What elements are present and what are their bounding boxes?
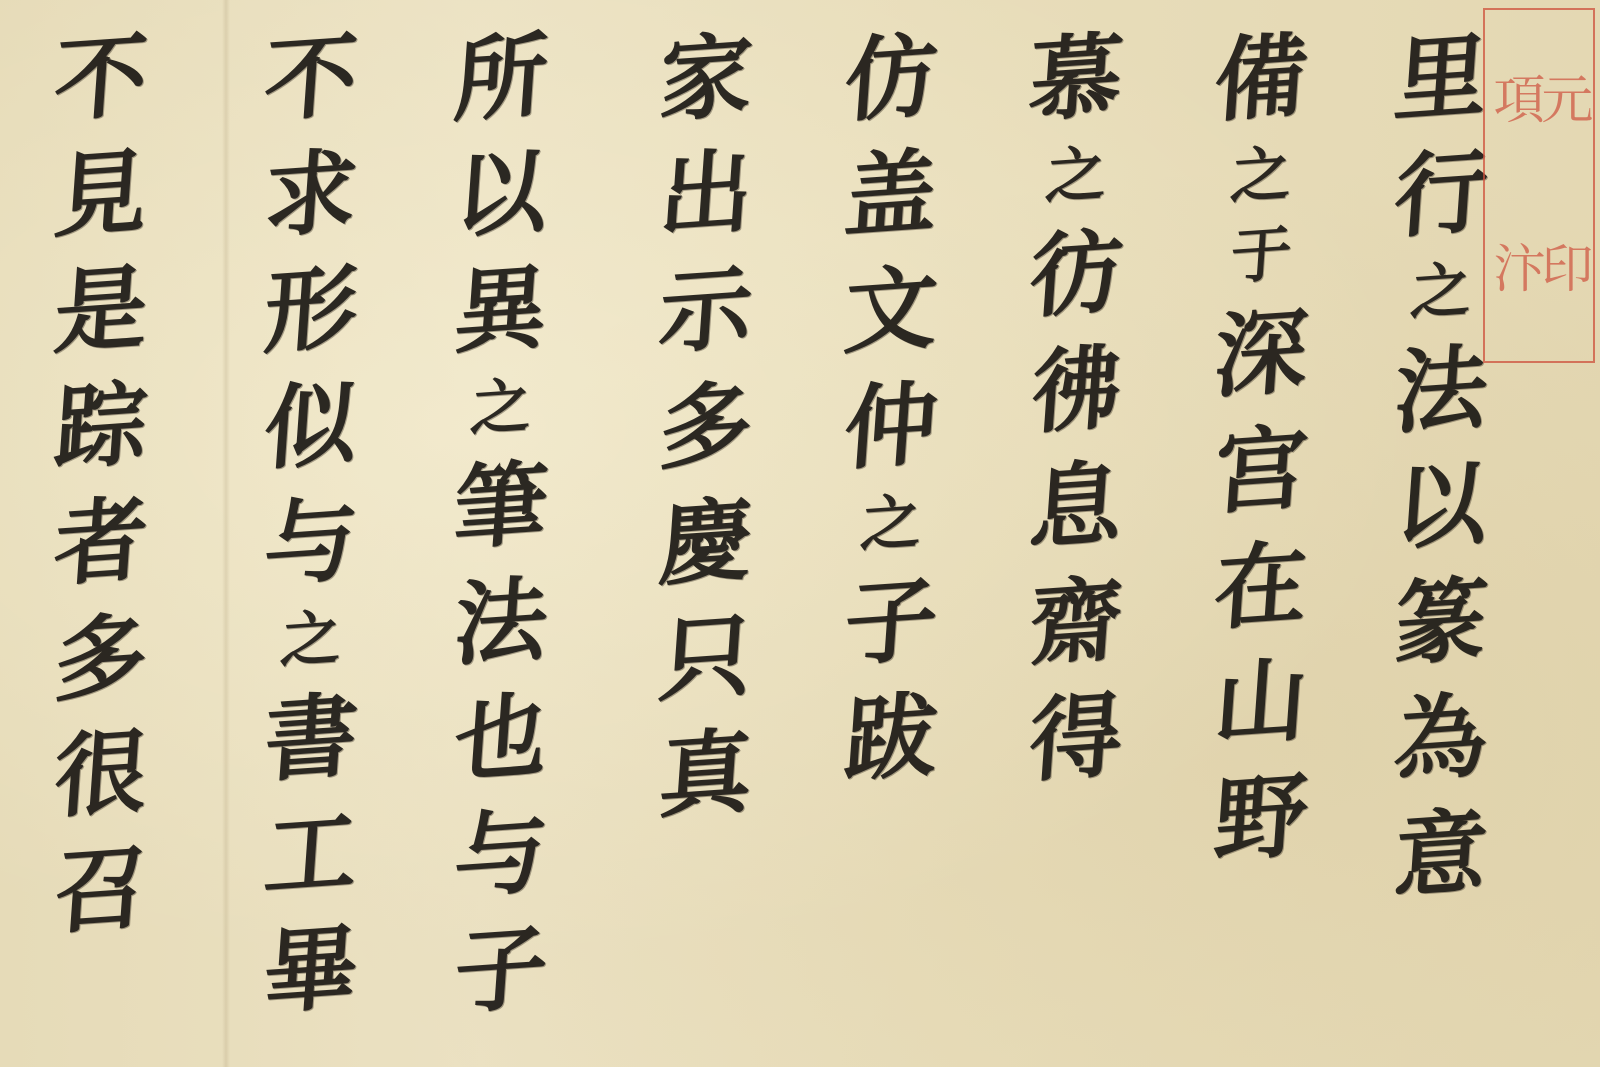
calligraphy-character: 深 (1211, 293, 1312, 415)
calligraphy-character: 与 (261, 481, 362, 603)
calligraphy-character: 意 (1391, 793, 1492, 915)
calligraphy-character: 所 (451, 17, 552, 139)
calligraphy-character: 得 (1026, 677, 1127, 799)
calligraphy-character: 里 (1391, 17, 1492, 139)
calligraphy-character: 宫 (1211, 409, 1312, 531)
paper-crease (222, 0, 230, 1067)
calligraphy-character: 子 (451, 909, 552, 1031)
calligraphy-character: 以 (451, 133, 552, 255)
calligraphy-character: 見 (51, 133, 152, 255)
calligraphy-column: 不見是踪者多很召 (55, 20, 147, 948)
calligraphy-character: 仿 (841, 17, 942, 139)
calligraphy-column: 家出示多慶只真 (660, 20, 752, 832)
calligraphy-character: 法 (1391, 329, 1492, 451)
calligraphy-character: 筆 (451, 445, 552, 567)
calligraphy-character: 慶 (656, 481, 757, 603)
calligraphy-character: 很 (51, 713, 152, 835)
calligraphy-character: 也 (451, 677, 552, 799)
calligraphy-character: 之 (278, 598, 344, 682)
calligraphy-character: 以 (1391, 445, 1492, 567)
calligraphy-character: 齋 (1026, 561, 1127, 683)
calligraphy-character: 之 (1408, 250, 1474, 334)
calligraphy-character: 工 (261, 793, 362, 915)
calligraphy-character: 之 (468, 366, 534, 450)
calligraphy-character: 出 (656, 133, 757, 255)
calligraphy-character: 形 (261, 249, 362, 371)
calligraphy-character: 家 (656, 17, 757, 139)
calligraphy-column: 慕之彷彿息齋得 (1030, 20, 1122, 796)
calligraphy-character: 息 (1026, 445, 1127, 567)
calligraphy-character: 仲 (841, 365, 942, 487)
calligraphy-character: 野 (1211, 757, 1312, 879)
calligraphy-column: 仿盖文仲之子跋 (845, 20, 937, 796)
calligraphy-character: 備 (1211, 17, 1312, 139)
calligraphy-character: 不 (261, 17, 362, 139)
calligraphy-column: 里行之法以篆為意 (1395, 20, 1487, 912)
calligraphy-character: 多 (51, 597, 152, 719)
calligraphy-character: 法 (451, 561, 552, 683)
calligraphy-character: 書 (261, 677, 362, 799)
calligraphy-character: 行 (1391, 133, 1492, 255)
calligraphy-character: 慕 (1026, 17, 1127, 139)
calligraphy-character: 不 (51, 17, 152, 139)
calligraphy-character: 文 (841, 249, 942, 371)
calligraphy-character: 在 (1211, 525, 1312, 647)
calligraphy-character: 者 (51, 481, 152, 603)
calligraphy-character: 之 (1043, 134, 1109, 218)
calligraphy-character: 畢 (261, 909, 362, 1031)
seal-char: 元 (1541, 49, 1584, 153)
calligraphy-column: 不求形似与之書工畢 (265, 20, 357, 1028)
calligraphy-character: 踪 (51, 365, 152, 487)
calligraphy-character: 于 (1228, 214, 1294, 298)
calligraphy-character: 彷 (1026, 213, 1127, 335)
calligraphy-character: 彿 (1026, 329, 1127, 451)
calligraphy-character: 多 (656, 365, 757, 487)
calligraphy-character: 只 (656, 597, 757, 719)
calligraphy-column: 所以異之筆法也与子 (455, 20, 547, 1028)
seal-char: 印 (1541, 218, 1584, 322)
seal-char: 項 (1493, 49, 1536, 153)
calligraphy-character: 為 (1391, 677, 1492, 799)
red-seal: 項 元 汴 印 (1483, 8, 1595, 363)
calligraphy-character: 与 (451, 793, 552, 915)
calligraphy-column: 備之于深宫在山野 (1215, 20, 1307, 876)
calligraphy-character: 山 (1211, 641, 1312, 763)
calligraphy-character: 子 (841, 561, 942, 683)
calligraphy-character: 篆 (1391, 561, 1492, 683)
calligraphy-character: 求 (261, 133, 362, 255)
calligraphy-scroll: 里行之法以篆為意備之于深宫在山野慕之彷彿息齋得仿盖文仲之子跋家出示多慶只真所以異… (0, 0, 1600, 1067)
calligraphy-character: 是 (51, 249, 152, 371)
calligraphy-character: 盖 (841, 133, 942, 255)
calligraphy-character: 之 (858, 482, 924, 566)
calligraphy-character: 跋 (841, 677, 942, 799)
calligraphy-character: 召 (51, 829, 152, 951)
calligraphy-character: 異 (451, 249, 552, 371)
seal-char: 汴 (1493, 218, 1536, 322)
calligraphy-character: 之 (1228, 134, 1294, 218)
calligraphy-character: 示 (656, 249, 757, 371)
calligraphy-character: 真 (656, 713, 757, 835)
calligraphy-character: 似 (261, 365, 362, 487)
